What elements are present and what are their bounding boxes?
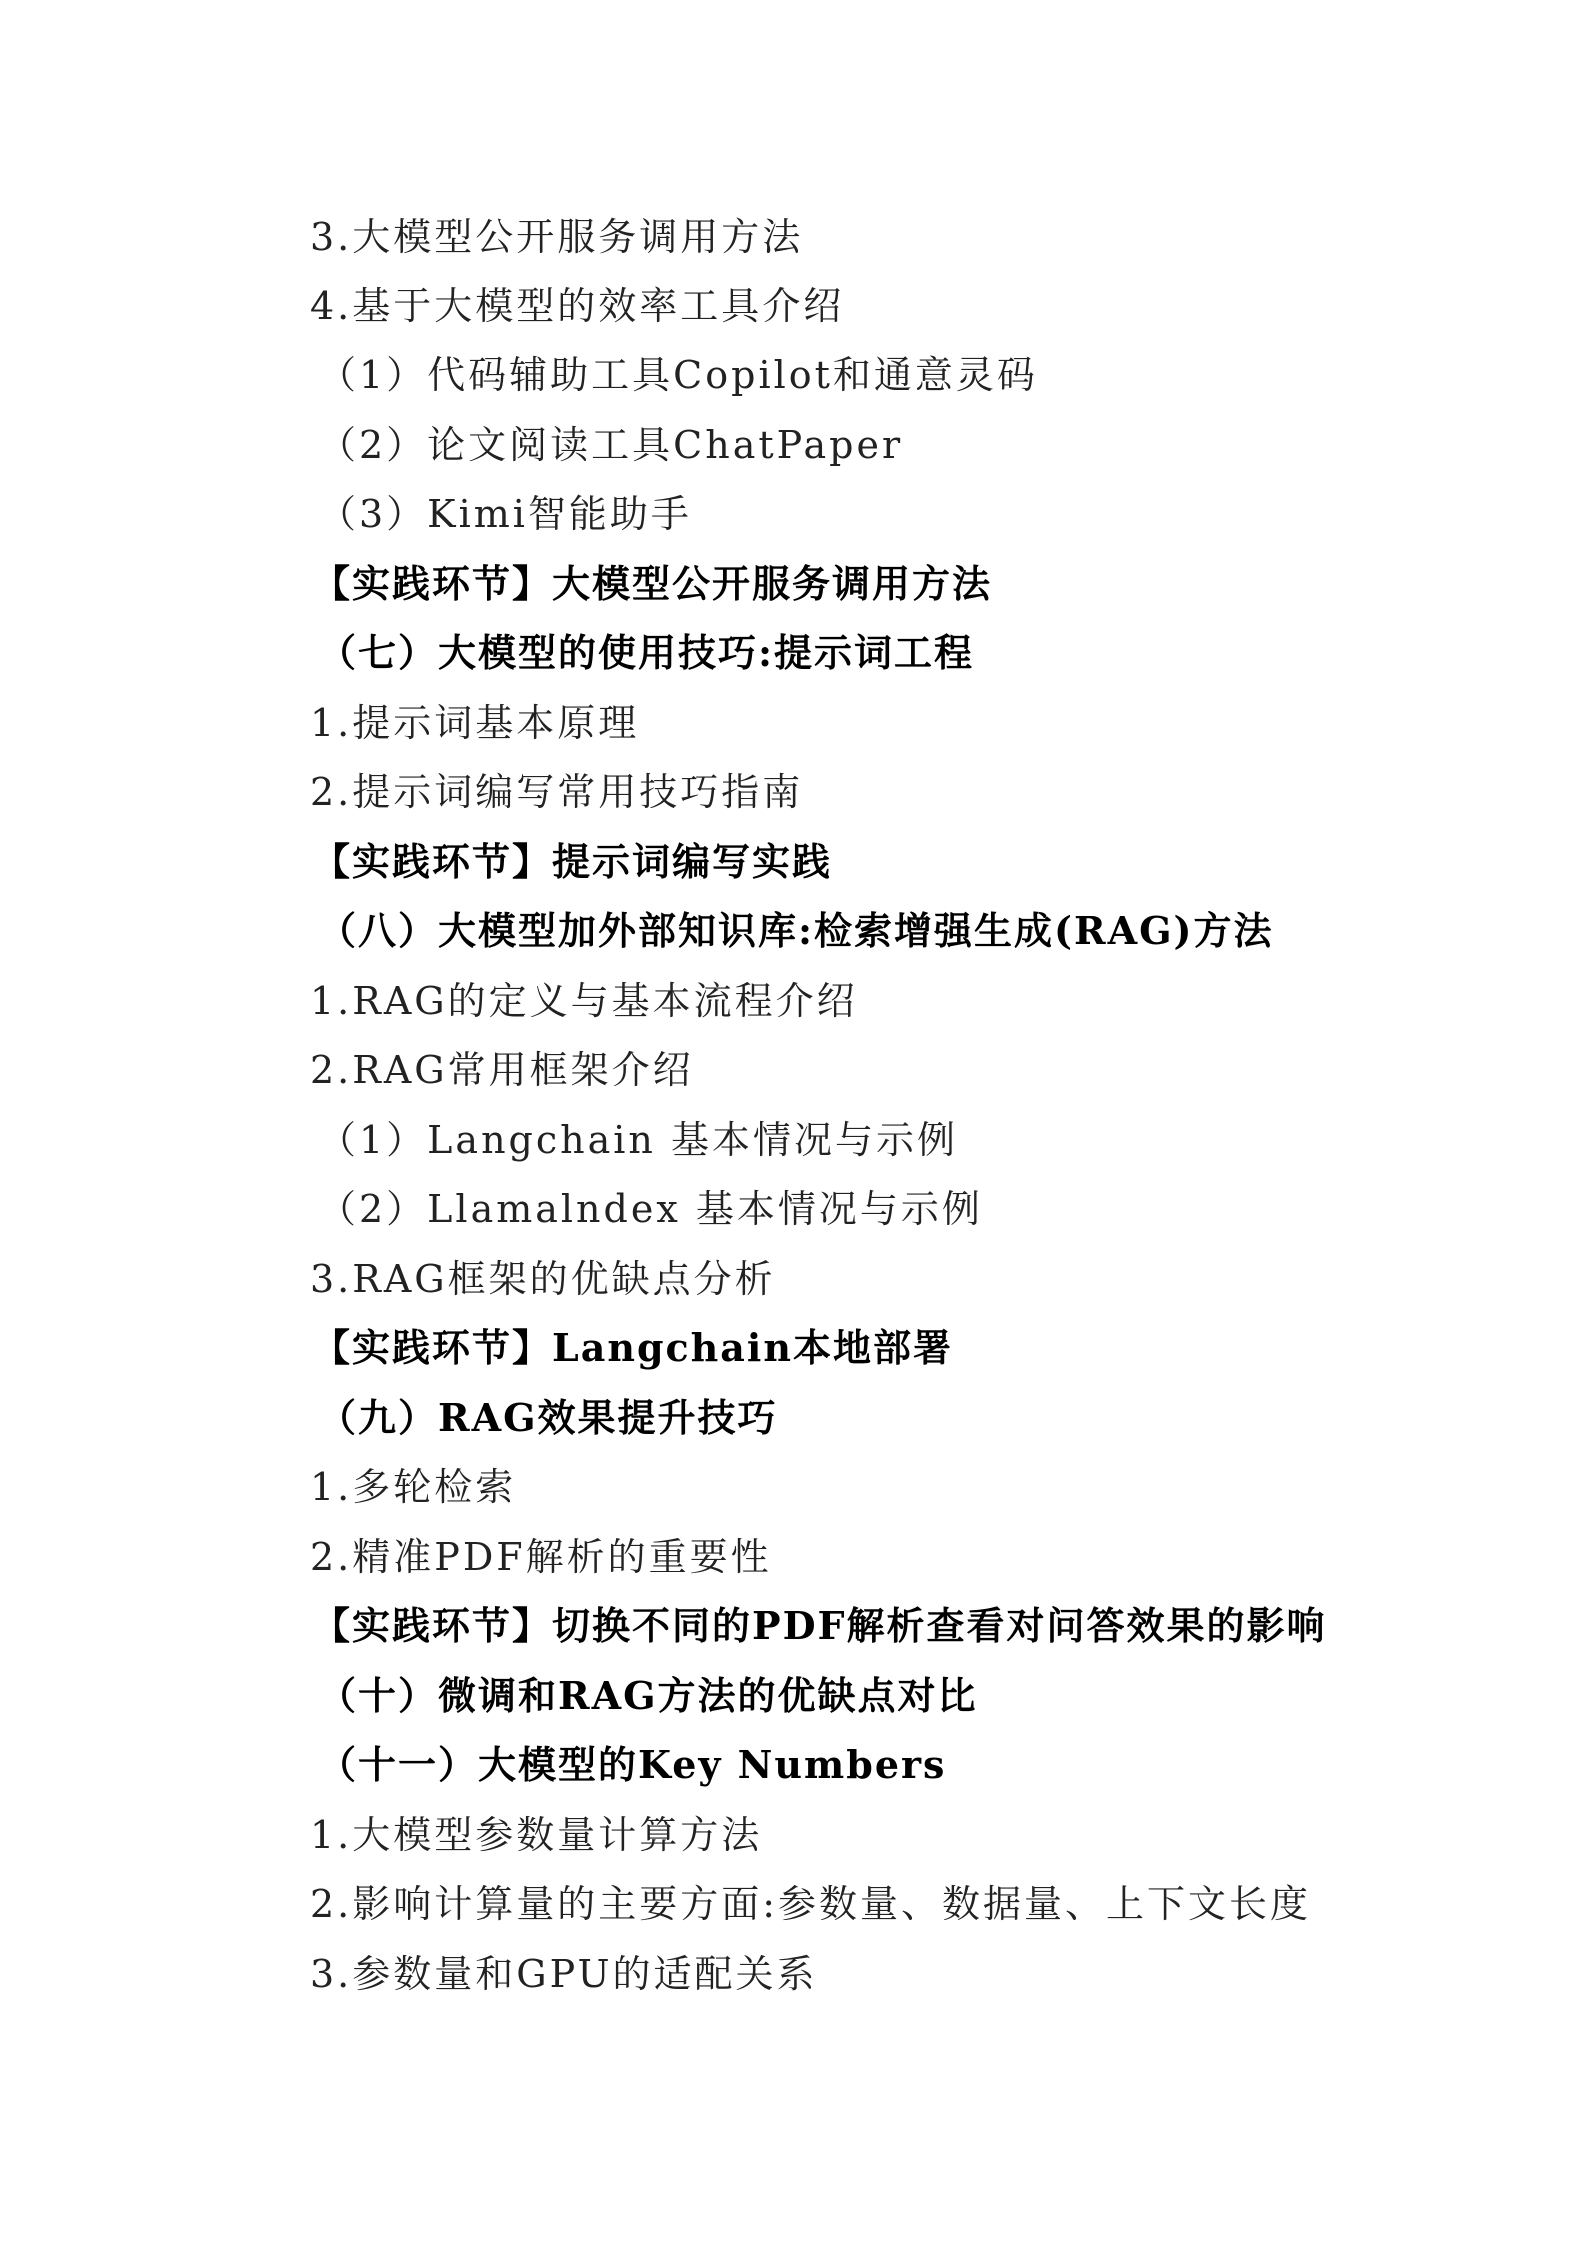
sub-item-langchain: （1）Langchain 基本情况与示例 — [318, 1110, 958, 1170]
list-item-efficiency-tools: 4.基于大模型的效率工具介绍 — [310, 276, 844, 336]
list-item-rag-frameworks: 2.RAG常用框架介绍 — [310, 1040, 694, 1100]
section-heading-7: （七）大模型的使用技巧:提示词工程 — [318, 623, 974, 683]
document-page: 3.大模型公开服务调用方法 4.基于大模型的效率工具介绍 （1）代码辅助工具Co… — [0, 0, 1588, 2245]
sub-item-chatpaper: （2）论文阅读工具ChatPaper — [318, 415, 903, 475]
sub-item-copilot: （1）代码辅助工具Copilot和通意灵码 — [318, 345, 1038, 405]
sub-item-kimi: （3）Kimi智能助手 — [318, 484, 692, 544]
list-item-rag-definition: 1.RAG的定义与基本流程介绍 — [310, 971, 858, 1031]
practice-prompt-writing: 【实践环节】提示词编写实践 — [312, 832, 832, 892]
practice-public-service: 【实践环节】大模型公开服务调用方法 — [312, 554, 992, 614]
list-item-prompt-basics: 1.提示词基本原理 — [310, 693, 639, 753]
sub-item-llamaindex: （2）Llamalndex 基本情况与示例 — [318, 1179, 983, 1239]
section-heading-8: （八）大模型加外部知识库:检索增强生成(RAG)方法 — [318, 901, 1274, 961]
list-item-compute-factors: 2.影响计算量的主要方面:参数量、数据量、上下文长度 — [310, 1874, 1311, 1934]
list-item-prompt-tips: 2.提示词编写常用技巧指南 — [310, 762, 803, 822]
list-item-multi-round-retrieval: 1.多轮检索 — [310, 1457, 516, 1517]
list-item-pdf-parsing: 2.精准PDF解析的重要性 — [310, 1527, 772, 1587]
list-item-public-service-call: 3.大模型公开服务调用方法 — [310, 207, 803, 267]
list-item-gpu-fit: 3.参数量和GPU的适配关系 — [310, 1944, 818, 2004]
practice-langchain-deploy: 【实践环节】Langchain本地部署 — [312, 1318, 953, 1378]
section-heading-11: （十一）大模型的Key Numbers — [318, 1735, 946, 1795]
section-heading-9: （九）RAG效果提升技巧 — [318, 1388, 778, 1448]
section-heading-10: （十）微调和RAG方法的优缺点对比 — [318, 1666, 978, 1726]
practice-pdf-parsing: 【实践环节】切换不同的PDF解析查看对问答效果的影响 — [312, 1596, 1327, 1656]
list-item-param-calc: 1.大模型参数量计算方法 — [310, 1805, 762, 1865]
list-item-rag-pros-cons: 3.RAG框架的优缺点分析 — [310, 1249, 776, 1309]
